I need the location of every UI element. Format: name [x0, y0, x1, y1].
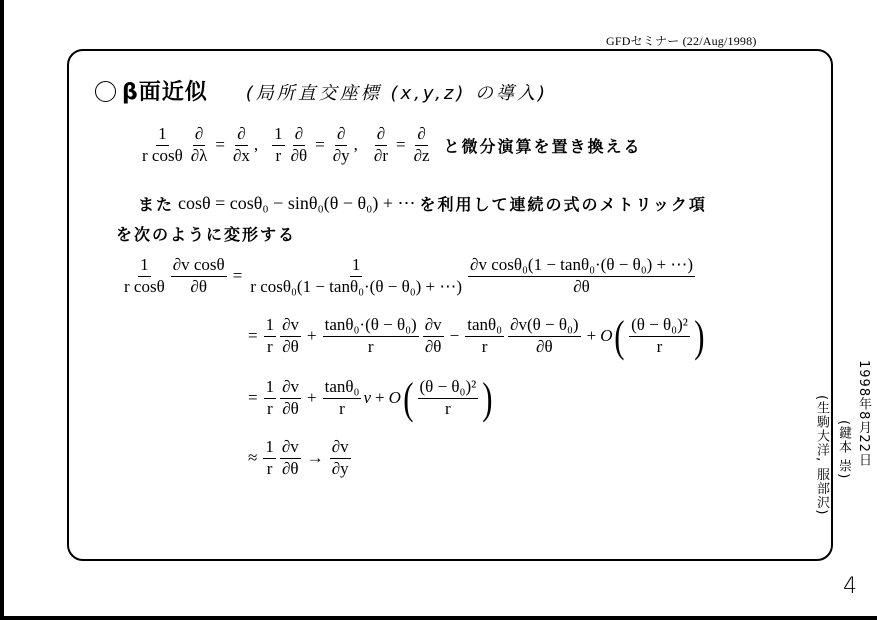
page-number: 4: [843, 574, 857, 599]
equals-sign: =: [396, 135, 406, 155]
numerator: ∂: [293, 125, 305, 146]
operator-replacement-text: と微分演算を置き換える: [444, 134, 642, 157]
denominator: r cosθ: [140, 146, 185, 166]
numerator: 1: [264, 316, 277, 337]
denominator: ∂y: [330, 459, 351, 479]
fraction: 1r: [264, 378, 277, 418]
operator-replacement-line: 1r cosθ ∂∂λ = ∂∂x , 1r ∂∂θ = ∂∂y , ∂∂r =…: [138, 125, 642, 165]
fraction: 1r cosθ₀(1 − tanθ₀·(θ − θ₀) + ⋯): [248, 256, 464, 296]
numerator: ∂v: [280, 316, 301, 337]
equals-sign: =: [315, 135, 325, 155]
denominator: r: [655, 337, 665, 357]
big-o: O: [389, 388, 401, 408]
denominator: r: [274, 146, 284, 166]
comma: ,: [254, 135, 258, 155]
expansion-prefix: また: [138, 192, 174, 215]
expansion-text-cont: を次のように変形する: [116, 222, 296, 245]
denominator: r: [265, 459, 275, 479]
fraction: ∂∂x: [231, 125, 252, 165]
fraction: 1r: [263, 438, 276, 478]
equals-sign: =: [248, 388, 258, 408]
fraction: ∂v(θ − θ₀)∂θ: [508, 316, 581, 356]
denominator: ∂θ: [534, 337, 555, 357]
plus-sign: +: [307, 388, 317, 408]
fraction: ∂v∂θ: [280, 438, 301, 478]
expansion-line-cont: を次のように変形する: [116, 222, 296, 245]
title-subtitle: (局所直交座標 (x,y,z) の導入): [246, 79, 548, 105]
denominator: ∂θ: [289, 146, 310, 166]
denominator: ∂λ: [189, 146, 210, 166]
expansion-line: また cosθ = cosθ₀ − sinθ₀(θ − θ₀) + ⋯ を利用し…: [138, 192, 707, 215]
fraction: ∂v∂y: [330, 438, 351, 478]
handwritten-date: 1998年8月22日: [854, 360, 873, 467]
numerator: ∂: [193, 125, 205, 146]
numerator: 1: [263, 438, 276, 459]
fraction: tanθ₀r: [465, 316, 504, 356]
denominator: r: [337, 399, 347, 419]
denominator: ∂y: [331, 146, 352, 166]
denominator: r: [366, 337, 376, 357]
fraction: ∂v∂θ: [280, 316, 301, 356]
denominator: r: [443, 399, 453, 419]
handwritten-author: (鍵本 崇): [834, 420, 853, 479]
fraction: 1r: [272, 125, 285, 165]
right-paren: ): [694, 319, 704, 354]
fraction: ∂v∂θ: [280, 378, 301, 418]
numerator: ∂: [375, 125, 387, 146]
equals-sign: =: [248, 326, 258, 346]
derivation-row-1: 1r cosθ ∂v cosθ∂θ = 1r cosθ₀(1 − tanθ₀·(…: [120, 256, 697, 296]
fraction: 1r cosθ: [140, 125, 185, 165]
numerator: 1: [138, 256, 151, 277]
numerator: ∂v: [280, 378, 301, 399]
equals-sign: =: [233, 266, 243, 286]
denominator: r: [265, 337, 275, 357]
numerator: (θ − θ₀)²: [629, 316, 690, 337]
derivation-row-3: = 1r ∂v∂θ + tanθ₀r v + O ( (θ − θ₀)²r ): [244, 378, 495, 418]
numerator: tanθ₀·(θ − θ₀): [323, 316, 419, 337]
denominator: r: [265, 399, 275, 419]
derivation-row-2: = 1r ∂v∂θ + tanθ₀·(θ − θ₀)r ∂v∂θ − tanθ₀…: [244, 316, 707, 356]
numerator: (θ − θ₀)²: [418, 378, 479, 399]
right-paren: ): [482, 381, 492, 416]
title-main: β面近似: [122, 75, 208, 106]
numerator: 1: [350, 256, 363, 277]
derivation-row-4: ≈ 1r ∂v∂θ → ∂v∂y: [244, 438, 353, 478]
denominator: ∂θ: [280, 459, 301, 479]
numerator: tanθ₀: [323, 378, 362, 399]
title-row: β面近似 (局所直交座標 (x,y,z) の導入): [95, 75, 548, 106]
variable-v: v: [363, 388, 371, 408]
numerator: ∂v: [280, 438, 301, 459]
fraction: ∂∂λ: [189, 125, 210, 165]
comma: ,: [354, 135, 358, 155]
expansion-text: を利用して連続の式のメトリック項: [420, 192, 707, 215]
fraction: 1r: [264, 316, 277, 356]
fraction: ∂v cosθ₀(1 − tanθ₀·(θ − θ₀) + ⋯)∂θ: [468, 256, 695, 296]
left-paren: (: [615, 319, 625, 354]
numerator: ∂: [235, 125, 247, 146]
fraction: ∂∂z: [412, 125, 432, 165]
denominator: ∂z: [412, 146, 432, 166]
arrow-right-icon: →: [307, 448, 324, 468]
scan-edge-left: [0, 0, 4, 620]
denominator: r cosθ: [122, 277, 167, 297]
plus-sign: +: [307, 326, 317, 346]
fraction: ∂∂θ: [289, 125, 310, 165]
handwritten-editor: (生駒大洋, 服部沢): [812, 395, 831, 515]
scan-edge-bottom: [0, 616, 877, 620]
fraction: (θ − θ₀)²r: [629, 316, 690, 356]
numerator: ∂v: [330, 438, 351, 459]
approx-sign: ≈: [248, 448, 257, 468]
fraction: (θ − θ₀)²r: [418, 378, 479, 418]
numerator: ∂: [335, 125, 347, 146]
minus-sign: −: [450, 326, 460, 346]
cos-expansion-expr: cosθ = cosθ₀ − sinθ₀(θ − θ₀) + ⋯: [178, 193, 416, 214]
numerator: tanθ₀: [465, 316, 504, 337]
header-note: GFDセミナー (22/Aug/1998): [606, 32, 757, 49]
denominator: ∂x: [231, 146, 252, 166]
big-o: O: [600, 326, 612, 346]
left-paren: (: [403, 381, 413, 416]
circle-bullet-icon: [95, 81, 116, 102]
numerator: 1: [264, 378, 277, 399]
numerator: ∂v: [423, 316, 444, 337]
numerator: 1: [156, 125, 169, 146]
fraction: 1r cosθ: [122, 256, 167, 296]
denominator: ∂θ: [571, 277, 592, 297]
fraction: ∂∂y: [331, 125, 352, 165]
denominator: ∂r: [372, 146, 390, 166]
denominator: ∂θ: [280, 399, 301, 419]
plus-sign: +: [375, 388, 385, 408]
numerator: ∂v cosθ₀(1 − tanθ₀·(θ − θ₀) + ⋯): [468, 256, 695, 277]
denominator: ∂θ: [423, 337, 444, 357]
numerator: ∂v cosθ: [171, 256, 227, 277]
numerator: ∂: [415, 125, 427, 146]
denominator: ∂θ: [280, 337, 301, 357]
numerator: ∂v(θ − θ₀): [508, 316, 581, 337]
equals-sign: =: [215, 135, 225, 155]
fraction: tanθ₀r: [323, 378, 362, 418]
denominator: r: [480, 337, 490, 357]
numerator: 1: [272, 125, 285, 146]
plus-sign: +: [587, 326, 597, 346]
denominator: ∂θ: [188, 277, 209, 297]
fraction: ∂∂r: [372, 125, 390, 165]
fraction: ∂v cosθ∂θ: [171, 256, 227, 296]
fraction: tanθ₀·(θ − θ₀)r: [323, 316, 419, 356]
denominator: r cosθ₀(1 − tanθ₀·(θ − θ₀) + ⋯): [248, 277, 464, 297]
fraction: ∂v∂θ: [423, 316, 444, 356]
